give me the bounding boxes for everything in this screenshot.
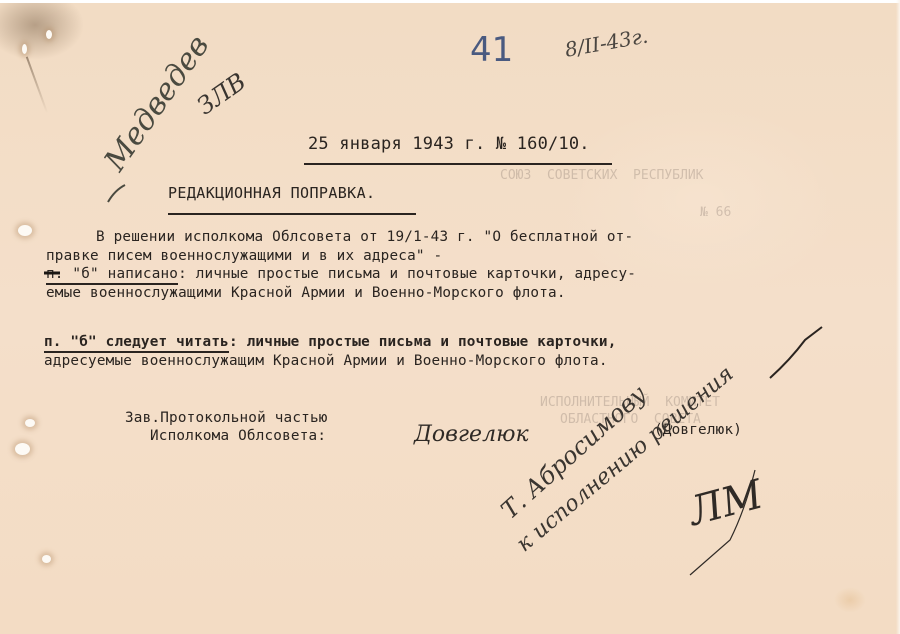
document-page: СОЮЗ СОВЕТСКИХ РЕСПУБЛИК № 66 ИСПОЛНИТЕЛ… — [0, 0, 900, 634]
pen-check-stroke — [770, 327, 822, 378]
top-left-underline-stroke — [108, 185, 125, 202]
signature-tail-stroke — [690, 470, 755, 575]
ink-strokes — [0, 0, 900, 634]
